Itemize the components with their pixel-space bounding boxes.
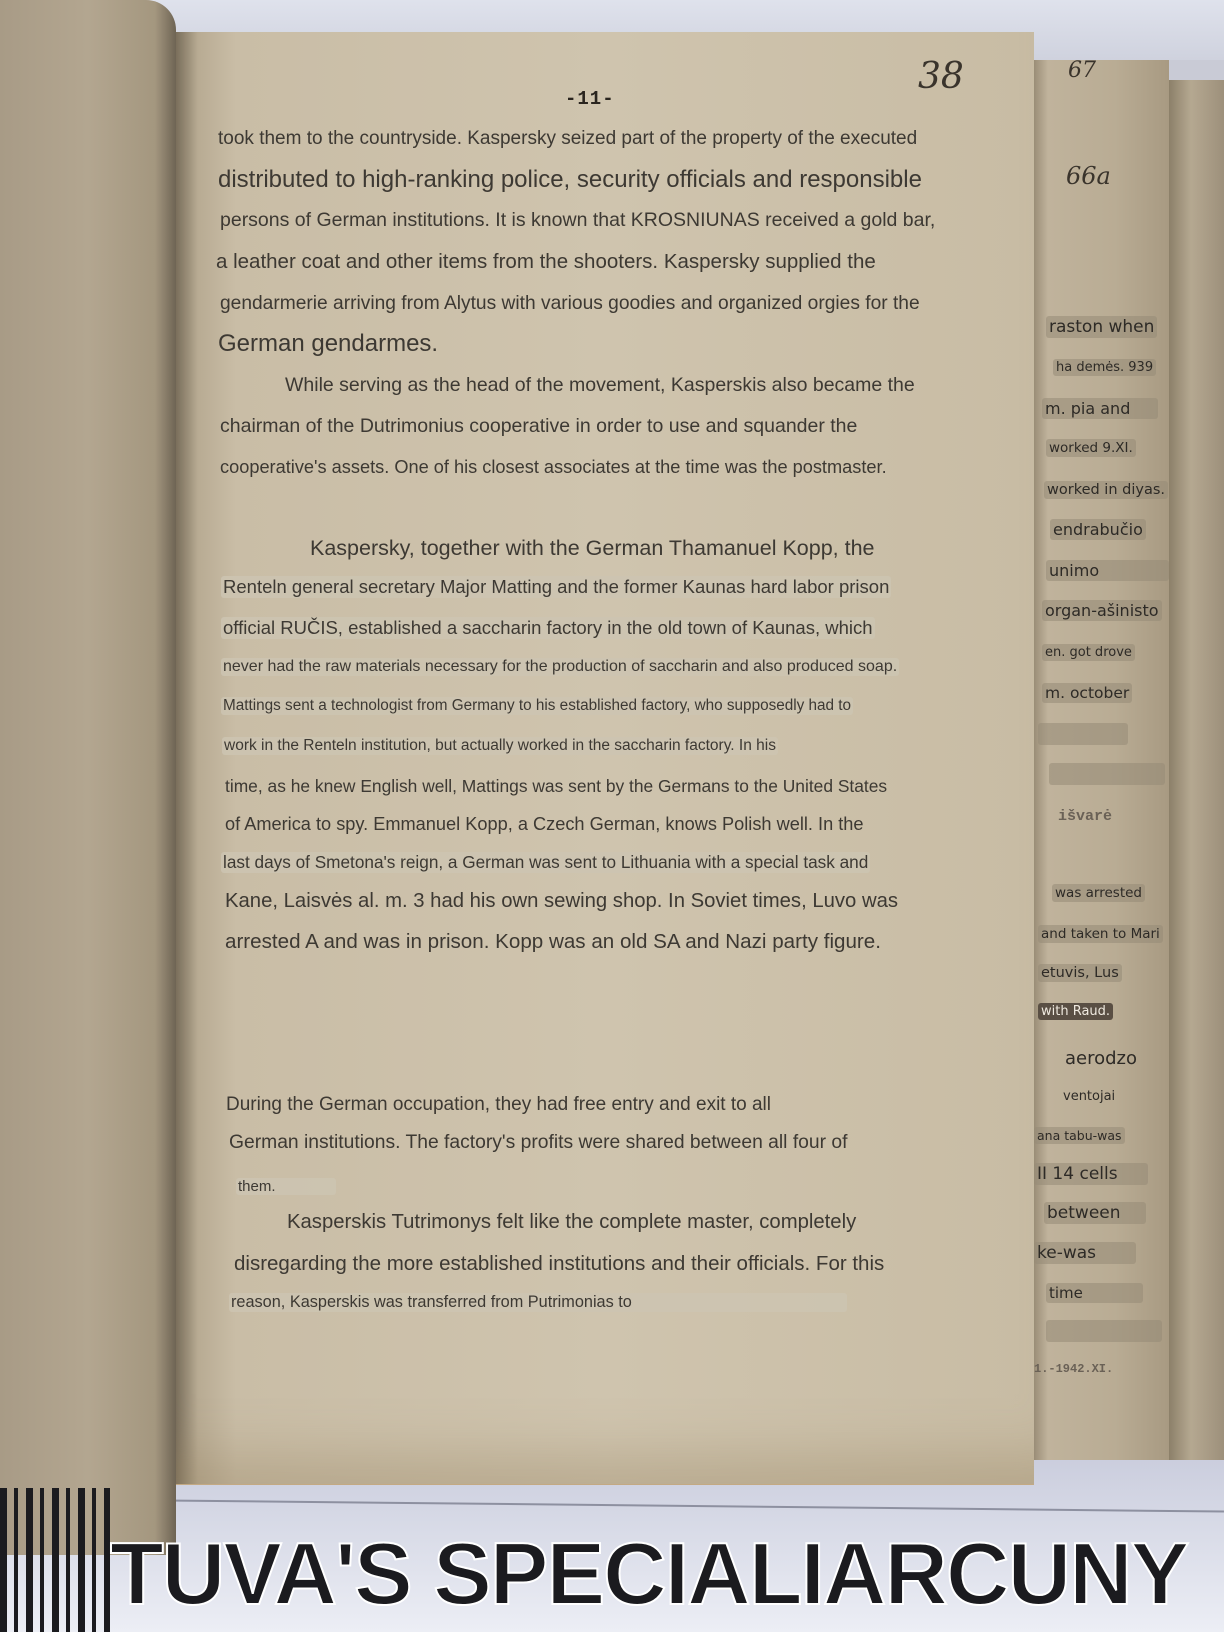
- side-fragment: ke-was: [1034, 1242, 1136, 1264]
- side-fragment: worked 9.XI.: [1046, 439, 1136, 457]
- side-fragment: between: [1044, 1202, 1146, 1224]
- side-fragment-redacted: [1038, 723, 1128, 745]
- side-fragment: with Raud.: [1038, 1003, 1113, 1020]
- side-fragment: etuvis, Lus: [1038, 964, 1122, 982]
- left-page-binding: [0, 0, 176, 1555]
- typed-word: išvarė: [1058, 808, 1112, 825]
- handwritten-number-66a: 66a: [1066, 162, 1111, 190]
- side-fragment-redacted: [1046, 1320, 1162, 1342]
- text-line: them.: [236, 1178, 336, 1195]
- side-fragment: worked in diyas.: [1044, 481, 1168, 499]
- archive-banner: TUVA'S SPECIALIARCUNY: [110, 1530, 1187, 1618]
- text-line: a leather coat and other items from the …: [216, 250, 876, 274]
- page-number: -11-: [565, 88, 615, 110]
- text-line: cooperative's assets. One of his closest…: [220, 457, 887, 478]
- side-fragment: endrabučio: [1050, 519, 1146, 540]
- text-line: disregarding the more established instit…: [234, 1252, 884, 1276]
- side-fragment: organ-ašinisto: [1042, 600, 1162, 621]
- text-line: time, as he knew English well, Mattings …: [225, 776, 887, 797]
- text-line: gendarmerie arriving from Alytus with va…: [220, 293, 920, 315]
- text-line: Kasperskis Tutrimonys felt like the comp…: [287, 1211, 856, 1234]
- side-fragment: and taken to Mari: [1038, 925, 1163, 943]
- text-line: of America to spy. Emmanuel Kopp, a Czec…: [225, 814, 864, 835]
- handwritten-number-67: 67: [1068, 58, 1096, 83]
- text-line: Renteln general secretary Major Matting …: [221, 576, 891, 598]
- side-fragment: raston when: [1046, 316, 1157, 338]
- text-line: persons of German institutions. It is kn…: [220, 209, 935, 232]
- text-line: During the German occupation, they had f…: [226, 1094, 771, 1116]
- side-fragment: II 14 cells: [1034, 1163, 1148, 1185]
- text-line: While serving as the head of the movemen…: [285, 374, 915, 397]
- side-fragment: m. october: [1042, 683, 1132, 703]
- right-page-edges: [1169, 80, 1224, 1460]
- side-fragment: en. got drove: [1042, 644, 1135, 661]
- side-fragment-redacted: [1049, 763, 1165, 785]
- text-line: took them to the countryside. Kaspersky …: [218, 128, 917, 150]
- text-line: Mattings sent a technologist from German…: [221, 697, 853, 715]
- text-line: chairman of the Dutrimonius cooperative …: [220, 415, 857, 438]
- side-fragment: ha demės. 939: [1053, 359, 1156, 376]
- text-line: last days of Smetona's reign, a German w…: [221, 852, 870, 873]
- typed-date: 1.-1942.XI.: [1034, 1362, 1113, 1376]
- side-fragment: aerodzo: [1062, 1047, 1140, 1070]
- text-line: reason, Kasperskis was transferred from …: [229, 1293, 847, 1312]
- text-line: distributed to high-ranking police, secu…: [218, 166, 922, 194]
- text-line: official RUČIS, established a saccharin …: [221, 617, 875, 639]
- text-line: work in the Renteln institution, but act…: [222, 737, 778, 755]
- side-fragment: m. pia and: [1042, 398, 1158, 419]
- text-line: German institutions. The factory's profi…: [229, 1132, 847, 1154]
- text-line: never had the raw materials necessary fo…: [221, 658, 899, 676]
- text-line: German gendarmes.: [218, 330, 438, 358]
- side-fragment: ventojai: [1060, 1088, 1118, 1105]
- text-line: Kaspersky, together with the German Tham…: [310, 536, 875, 561]
- side-fragment: was arrested: [1052, 884, 1145, 902]
- handwritten-folio: 38: [918, 56, 964, 97]
- text-line: arrested A and was in prison. Kopp was a…: [225, 930, 881, 954]
- side-fragment: ana tabu-was: [1034, 1127, 1125, 1144]
- side-fragment: time: [1046, 1283, 1143, 1303]
- text-line: Kane, Laisvės al. m. 3 had his own sewin…: [225, 890, 898, 913]
- barcode-stripes: [0, 1488, 110, 1632]
- side-fragment: unimo: [1046, 560, 1169, 581]
